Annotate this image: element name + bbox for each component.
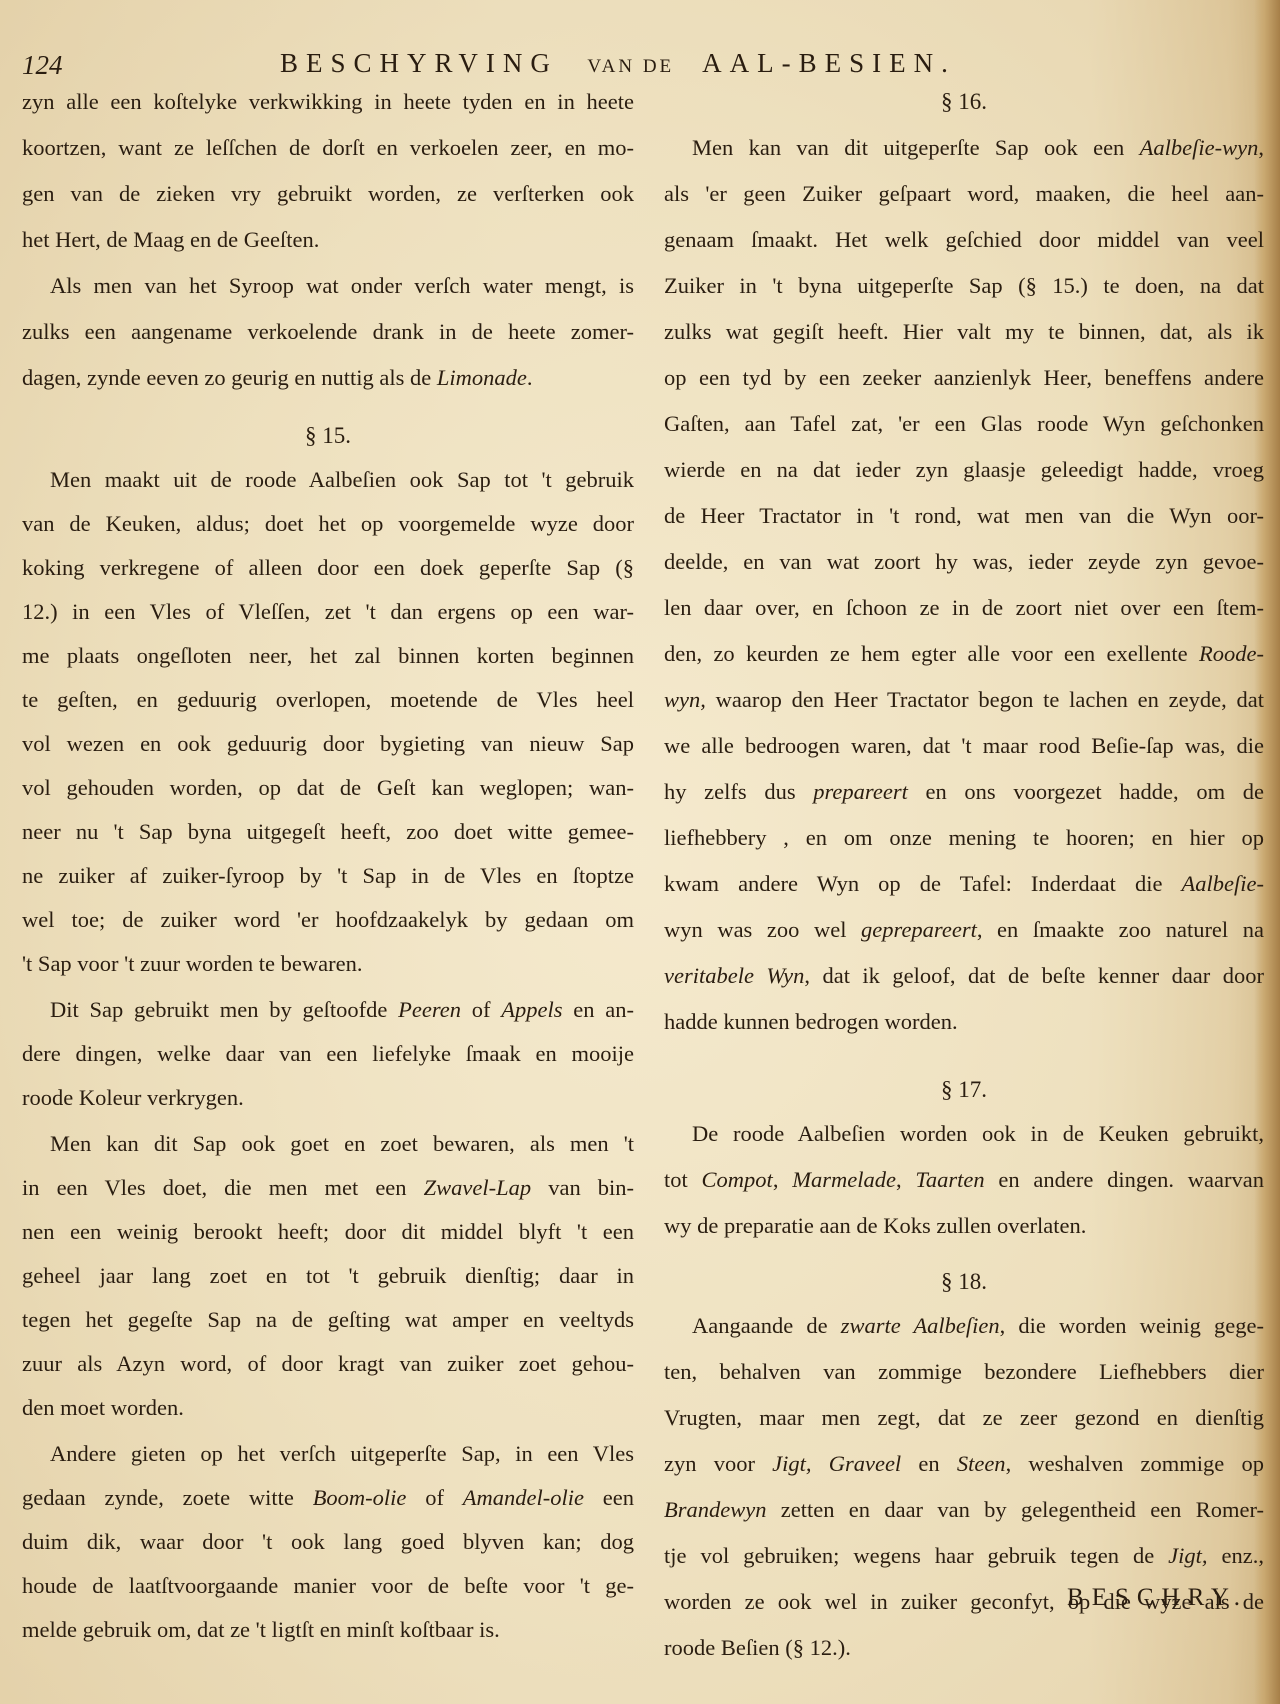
text-line: len daar over, en ſchoon ze in de zoort …	[664, 593, 1264, 623]
text-line: wyn was zoo wel geprepareert, en ſmaakte…	[664, 915, 1264, 945]
text-line: te geſten, en geduurig overlopen, moeten…	[22, 685, 634, 715]
text-line: op een tyd by een zeeker aanzienlyk Heer…	[664, 363, 1264, 393]
page-number: 124	[22, 50, 63, 81]
text-line: dere dingen, welke daar van een liefelyk…	[22, 1039, 634, 1069]
text-line: deelde, en van wat zoort hy was, ieder z…	[664, 547, 1264, 577]
text-line: liefhebbery , en om onze mening te hoore…	[664, 823, 1264, 853]
text-line: we alle bedroogen waren, dat 't maar roo…	[664, 731, 1264, 761]
section-heading: § 18.	[664, 1267, 1264, 1297]
text-line: koking verkregene of alleen door een doe…	[22, 553, 634, 583]
text-line: hy zelfs dus prepareert en ons voorgezet…	[664, 777, 1264, 807]
text-line: het Hert, de Maag en de Geeſten.	[22, 225, 634, 255]
text-line: den moet worden.	[22, 1393, 634, 1423]
text-line: den, zo keurden ze hem egter alle voor e…	[664, 639, 1264, 669]
text-line: tegen het gegeſte Sap na de geſting wat …	[22, 1305, 634, 1335]
text-line: me plaats ongeſloten neer, het zal binne…	[22, 641, 634, 671]
text-line: tje vol gebruiken; wegens haar gebruik t…	[664, 1541, 1264, 1571]
text-line: zyn voor Jigt, Graveel en Steen, weshalv…	[664, 1449, 1264, 1479]
text-line: hadde kunnen bedrogen worden.	[664, 1007, 1264, 1037]
text-line: Men kan van dit uitgeperſte Sap ook een …	[664, 133, 1264, 163]
text-line: nen een weinig berookt heeft; door dit m…	[22, 1217, 634, 1247]
text-line: De roode Aalbeſien worden ook in de Keuk…	[664, 1119, 1264, 1149]
text-line: wyn, waarop den Heer Tractator begon te …	[664, 685, 1264, 715]
text-line: melde gebruik om, dat ze 't ligtſt en mi…	[22, 1615, 634, 1645]
text-line: gen van de zieken vry gebruikt worden, z…	[22, 179, 634, 209]
text-line: van de Keuken, aldus; doet het op voorge…	[22, 509, 634, 539]
text-line: dagen, zynde eeven zo geurig en nuttig a…	[22, 363, 634, 393]
text-line: vol gehouden worden, op dat de Geſt kan …	[22, 773, 634, 803]
text-line: wel toe; de zuiker word 'er hoofdzaakely…	[22, 905, 634, 935]
text-line: Brandewyn zetten en daar van by gelegent…	[664, 1495, 1264, 1525]
text-line: veritabele Wyn, dat ik geloof, dat de be…	[664, 961, 1264, 991]
text-line: vol wezen en ook geduurig door bygieting…	[22, 729, 634, 759]
text-line: genaam ſmaakt. Het welk geſchied door mi…	[664, 225, 1264, 255]
section-heading: § 16.	[664, 87, 1264, 117]
text-line: ten, behalven van zommige bezondere Lief…	[664, 1357, 1264, 1387]
text-line: 't Sap voor 't zuur worden te bewaren.	[22, 949, 634, 979]
text-line: duim dik, waar door 't ook lang goed bly…	[22, 1527, 634, 1557]
text-line: roode Beſien (§ 12.).	[664, 1633, 1264, 1663]
text-line: wy de preparatie aan de Koks zullen over…	[664, 1211, 1264, 1241]
text-line: zulks wat gegiſt heeft. Hier valt my te …	[664, 317, 1264, 347]
book-page: 124 BESCHYRVING VAN DE AAL-BESIEN. zyn a…	[0, 0, 1280, 1704]
running-title-part1: BESCHYRVING	[280, 48, 558, 78]
text-line: Andere gieten op het verſch uitgeperſte …	[22, 1439, 634, 1469]
text-line: Dit Sap gebruikt men by geſtoofde Peeren…	[22, 995, 634, 1025]
section-heading: § 17.	[664, 1075, 1264, 1105]
text-line: houde de laatſtvoorgaande manier voor de…	[22, 1571, 634, 1601]
text-line: zuur als Azyn word, of door kragt van zu…	[22, 1349, 634, 1379]
running-title: BESCHYRVING VAN DE AAL-BESIEN.	[280, 48, 956, 79]
text-line: wierde en na dat ieder zyn glaasje gelee…	[664, 455, 1264, 485]
text-line: zulks een aangename verkoelende drank in…	[22, 317, 634, 347]
text-line: in een Vles doet, die men met een Zwavel…	[22, 1173, 634, 1203]
text-line: geheel jaar lang zoet en tot 't gebruik …	[22, 1261, 634, 1291]
text-line: Gaſten, aan Tafel zat, 'er een Glas rood…	[664, 409, 1264, 439]
running-head: 124 BESCHYRVING VAN DE AAL-BESIEN.	[0, 44, 1280, 84]
text-line: zyn alle een koſtelyke verkwikking in he…	[22, 87, 634, 117]
text-line: Men kan dit Sap ook goet en zoet bewaren…	[22, 1129, 634, 1159]
text-line: de Heer Tractator in 't rond, wat men va…	[664, 501, 1264, 531]
text-line: 12.) in een Vles of Vleſſen, zet 't dan …	[22, 597, 634, 627]
text-line: gedaan zynde, zoete witte Boom-olie of A…	[22, 1483, 634, 1513]
text-line: als 'er geen Zuiker geſpaart word, maake…	[664, 179, 1264, 209]
running-title-part2: VAN DE	[587, 56, 674, 77]
text-line: ne zuiker af zuiker-ſyroop by 't Sap in …	[22, 861, 634, 891]
text-line: tot Compot, Marmelade, Taarten en andere…	[664, 1165, 1264, 1195]
text-line: neer nu 't Sap byna uitgegeſt heeft, zoo…	[22, 817, 634, 847]
text-line: Vrugten, maar men zegt, dat ze zeer gezo…	[664, 1403, 1264, 1433]
catchword: BESCHRY.	[1067, 1584, 1248, 1612]
running-title-part3: AAL-BESIEN.	[702, 48, 956, 78]
text-line: Aangaande de zwarte Aalbeſien, die worde…	[664, 1311, 1264, 1341]
text-line: Zuiker in 't byna uitgeperſte Sap (§ 15.…	[664, 271, 1264, 301]
text-line: roode Koleur verkrygen.	[22, 1083, 634, 1113]
text-line: Als men van het Syroop wat onder verſch …	[22, 271, 634, 301]
text-line: kwam andere Wyn op de Tafel: Inderdaat d…	[664, 869, 1264, 899]
text-line: Men maakt uit de roode Aalbeſien ook Sap…	[22, 465, 634, 495]
text-line: koortzen, want ze leſſchen de dorſt en v…	[22, 133, 634, 163]
section-heading: § 15.	[22, 421, 634, 451]
